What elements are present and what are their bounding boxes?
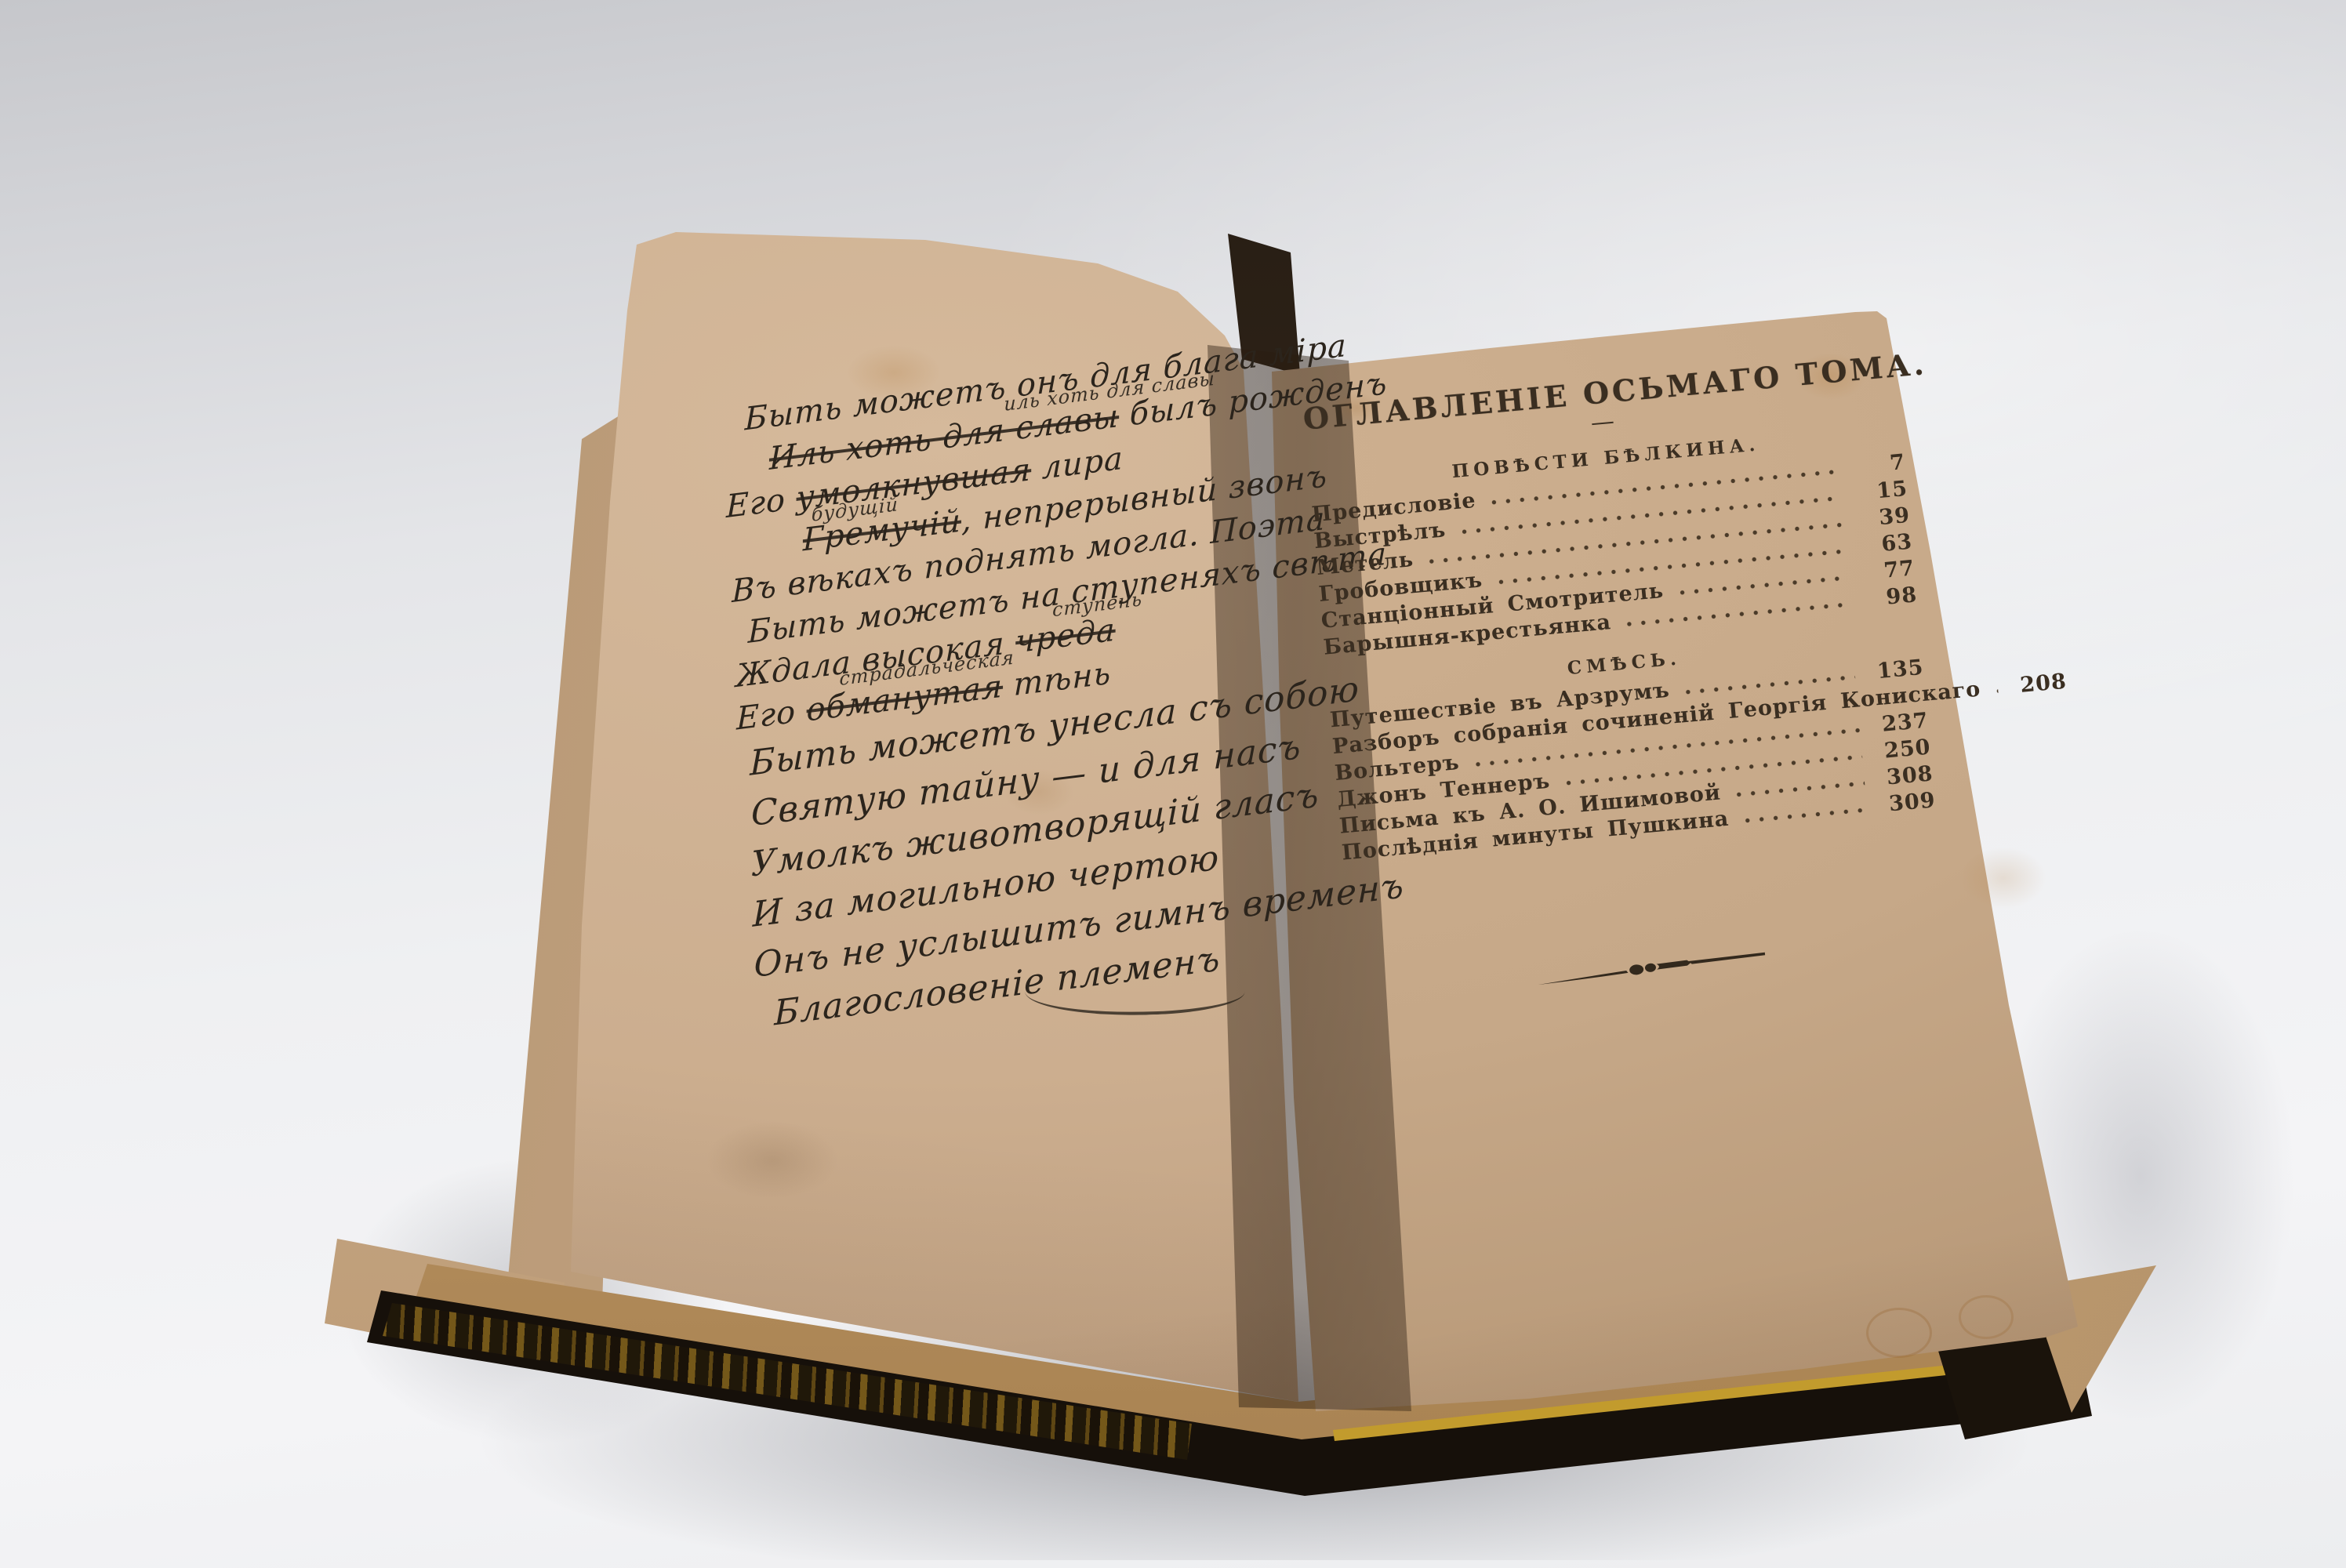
- entry-page-number: 15: [1846, 477, 1908, 506]
- entry-page-number: 308: [1871, 761, 1934, 791]
- entry-page-number: 237: [1866, 709, 1929, 739]
- dot-leader: [1738, 806, 1868, 826]
- tailpiece-wrap: [1353, 931, 1949, 1011]
- entry-page-number: 98: [1855, 583, 1918, 612]
- entry-page-number: 250: [1868, 735, 1931, 764]
- handwriting-block: Быть можетъ онъ для блага міра иль хоть …: [668, 341, 1293, 1063]
- handwritten-text: Его: [726, 481, 797, 525]
- pen-flourish: [1024, 964, 1245, 1019]
- dot-leader: [1990, 688, 1999, 696]
- handwritten-text: Его: [736, 692, 807, 737]
- entry-page-number: 63: [1850, 530, 1913, 560]
- handwritten-lines: Быть можетъ онъ для блага міра иль хоть …: [668, 341, 1291, 1043]
- entry-page-number: 77: [1853, 556, 1916, 586]
- contents-block: ОГЛАВЛЕНІЕ ОСЬМАГО ТОМА. — ПОВѢСТИ БѢЛКИ…: [1302, 348, 1949, 1011]
- entry-page-number: 135: [1861, 655, 1924, 685]
- entry-page-number: 309: [1873, 788, 1936, 818]
- entry-page-number: 208: [2005, 670, 2068, 699]
- fore-edge-shadow: [1921, 823, 2346, 1529]
- entry-page-number: 39: [1848, 503, 1911, 533]
- left-stack-shadow: [259, 1098, 808, 1505]
- tailpiece-ornament: [1533, 948, 1769, 993]
- entry-page-number: 7: [1843, 450, 1906, 480]
- photo-of-open-book: Быть можетъ онъ для блага міра иль хоть …: [0, 0, 2346, 1568]
